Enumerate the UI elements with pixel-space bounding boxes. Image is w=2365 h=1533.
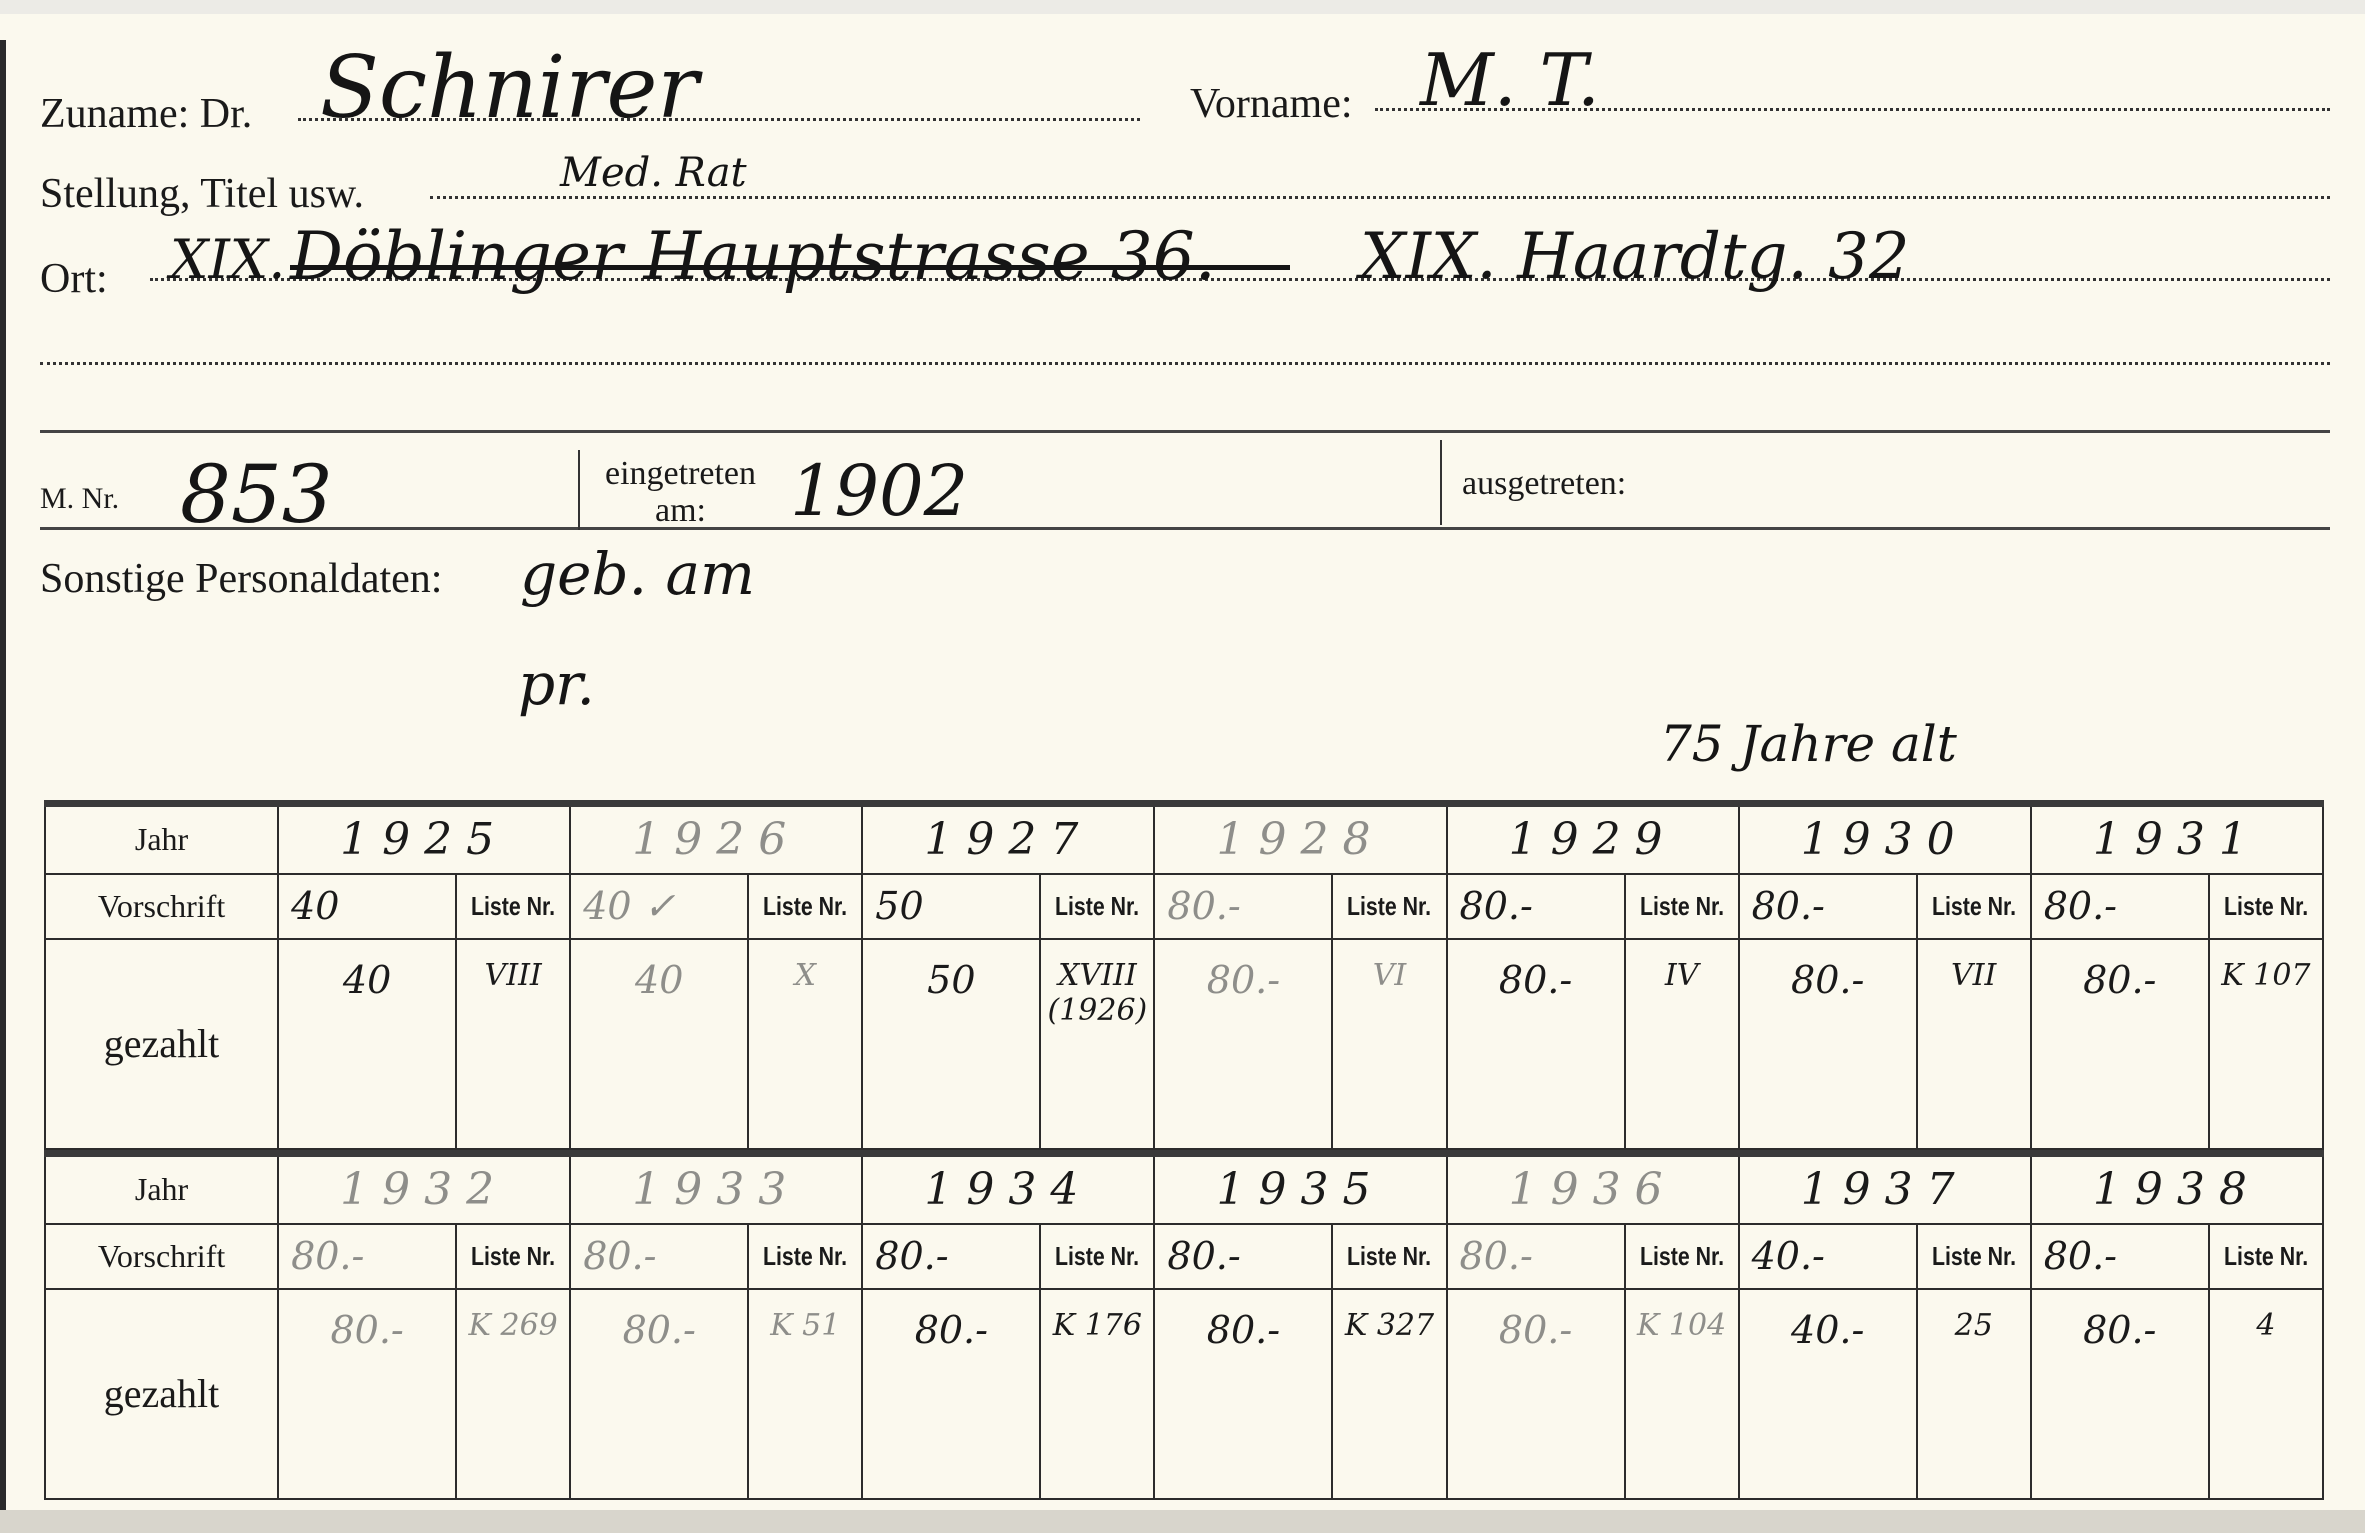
liste-nr-value: VI (1332, 939, 1446, 1149)
year-cell: 1929 (1447, 804, 1739, 874)
liste-nr-value: VII (1917, 939, 2031, 1149)
year-cell: 1930 (1739, 804, 2031, 874)
gezahlt-amount: 40.- (1739, 1289, 1917, 1499)
liste-nr-label: Liste Nr. (2220, 1241, 2312, 1272)
liste-nr-value: K 51 (748, 1289, 862, 1499)
vorschrift-amount: 80.- (2031, 1224, 2209, 1289)
year-cell: 1925 (278, 804, 570, 874)
gezahlt-row: gezahlt 40VIII40X50XVIII (1926)80.-VI80.… (45, 939, 2323, 1149)
jahr-label: Jahr (45, 804, 278, 874)
gezahlt-label: gezahlt (45, 1289, 278, 1499)
zuname-label: Zuname: Dr. (40, 90, 252, 138)
gezahlt-amount: 80.- (862, 1289, 1040, 1499)
card-bottom-edge (0, 1510, 2365, 1533)
year-cell: 1926 (570, 804, 862, 874)
vorname-value: M. T. (1420, 38, 1600, 122)
vorschrift-row: Vorschrift 40Liste Nr.40 ✓Liste Nr.50Lis… (45, 874, 2323, 939)
mnr-top-rule (40, 430, 2330, 433)
liste-nr-header: Liste Nr. (1040, 1224, 1154, 1289)
stellung-value: Med. Rat (560, 150, 747, 196)
liste-nr-label: Liste Nr. (467, 891, 559, 922)
liste-nr-value: K 327 (1332, 1289, 1446, 1499)
liste-nr-label: Liste Nr. (467, 1241, 559, 1272)
year-cell: 1932 (278, 1154, 570, 1224)
liste-nr-label: Liste Nr. (1928, 891, 2020, 922)
gezahlt-amount: 80.- (2031, 939, 2209, 1149)
liste-nr-value: K 107 (2209, 939, 2323, 1149)
year-cell: 1928 (1154, 804, 1446, 874)
sonstige-label: Sonstige Personaldaten: (40, 555, 442, 603)
jahr-row: Jahr 1932193319341935193619371938 (45, 1154, 2323, 1224)
vorschrift-label: Vorschrift (45, 1224, 278, 1289)
vorschrift-amount: 80.- (1154, 1224, 1332, 1289)
liste-nr-header: Liste Nr. (456, 1224, 570, 1289)
gezahlt-amount: 80.- (1154, 939, 1332, 1149)
year-cell: 1938 (2031, 1154, 2323, 1224)
liste-nr-label: Liste Nr. (1636, 1241, 1728, 1272)
mnr-value: 853 (180, 448, 333, 541)
gezahlt-row: gezahlt 80.-K 26980.-K 5180.-K 17680.-K … (45, 1289, 2323, 1499)
gezahlt-amount: 40 (570, 939, 748, 1149)
vorschrift-amount: 80.- (1739, 874, 1917, 939)
year-cell: 1937 (1739, 1154, 2031, 1224)
liste-nr-label: Liste Nr. (1344, 891, 1436, 922)
vorschrift-amount: 40 (278, 874, 456, 939)
liste-nr-label: Liste Nr. (2220, 891, 2312, 922)
liste-nr-header: Liste Nr. (1332, 1224, 1446, 1289)
membership-card: Zuname: Dr. Schnirer Vorname: M. T. Stel… (0, 0, 2365, 1533)
vorschrift-label: Vorschrift (45, 874, 278, 939)
ausgetreten-label: ausgetreten: (1462, 465, 1626, 503)
liste-nr-header: Liste Nr. (2209, 1224, 2323, 1289)
gezahlt-amount: 80.- (570, 1289, 748, 1499)
liste-nr-header: Liste Nr. (1040, 874, 1154, 939)
year-cell: 1927 (862, 804, 1154, 874)
vorschrift-amount: 80.- (278, 1224, 456, 1289)
card-top-edge (0, 0, 2365, 14)
liste-nr-value: 4 (2209, 1289, 2323, 1499)
sonstige-value-line1: geb. am (520, 540, 755, 608)
vorschrift-amount: 80.- (2031, 874, 2209, 939)
liste-nr-header: Liste Nr. (2209, 874, 2323, 939)
vorname-label: Vorname: (1190, 80, 1353, 128)
year-cell: 1933 (570, 1154, 862, 1224)
liste-nr-header: Liste Nr. (1917, 874, 2031, 939)
vorschrift-amount: 40.- (1739, 1224, 1917, 1289)
vorschrift-amount: 80.- (570, 1224, 748, 1289)
liste-nr-label: Liste Nr. (759, 1241, 851, 1272)
eingetreten-label: eingetreten (605, 455, 756, 493)
liste-nr-value: K 269 (456, 1289, 570, 1499)
vorschrift-row: Vorschrift 80.-Liste Nr.80.-Liste Nr.80.… (45, 1224, 2323, 1289)
liste-nr-label: Liste Nr. (1344, 1241, 1436, 1272)
liste-nr-value: X (748, 939, 862, 1149)
gezahlt-amount: 40 (278, 939, 456, 1149)
liste-nr-header: Liste Nr. (1625, 1224, 1739, 1289)
gezahlt-amount: 80.- (1447, 939, 1625, 1149)
vorschrift-amount: 80.- (862, 1224, 1040, 1289)
eingetreten-divider (1440, 440, 1442, 525)
ort-new-address: XIX. Haardtg. 32 (1360, 220, 1910, 294)
gezahlt-amount: 80.- (278, 1289, 456, 1499)
ort-old-address: Döblinger Hauptstrasse 36. (290, 218, 1216, 295)
liste-nr-header: Liste Nr. (1917, 1224, 2031, 1289)
liste-nr-value: 25 (1917, 1289, 2031, 1499)
ort-district: XIX. (170, 228, 285, 291)
year-cell: 1935 (1154, 1154, 1446, 1224)
mnr-label: M. Nr. (40, 482, 119, 516)
liste-nr-value: XVIII (1926) (1040, 939, 1154, 1149)
vorschrift-amount: 80.- (1447, 874, 1625, 939)
gezahlt-amount: 80.- (1739, 939, 1917, 1149)
year-cell: 1931 (2031, 804, 2323, 874)
jahr-row: Jahr 1925192619271928192919301931 (45, 804, 2323, 874)
liste-nr-label: Liste Nr. (1636, 891, 1728, 922)
age-note: 75 Jahre alt (1660, 715, 1957, 773)
liste-nr-header: Liste Nr. (1625, 874, 1739, 939)
jahr-label: Jahr (45, 1154, 278, 1224)
gezahlt-amount: 80.- (2031, 1289, 2209, 1499)
gezahlt-amount: 80.- (1154, 1289, 1332, 1499)
liste-nr-label: Liste Nr. (1051, 1241, 1143, 1272)
gezahlt-amount: 50 (862, 939, 1040, 1149)
vorschrift-amount: 50 (862, 874, 1040, 939)
vorschrift-amount: 40 ✓ (570, 874, 748, 939)
zuname-value: Schnirer (320, 38, 698, 138)
mnr-divider (578, 450, 580, 530)
liste-nr-header: Liste Nr. (748, 874, 862, 939)
liste-nr-label: Liste Nr. (1051, 891, 1143, 922)
liste-nr-value: K 176 (1040, 1289, 1154, 1499)
extra-line (40, 362, 2330, 365)
liste-nr-value: VIII (456, 939, 570, 1149)
ort-label: Ort: (40, 255, 108, 303)
liste-nr-header: Liste Nr. (456, 874, 570, 939)
liste-nr-header: Liste Nr. (748, 1224, 862, 1289)
liste-nr-label: Liste Nr. (759, 891, 851, 922)
liste-nr-header: Liste Nr. (1332, 874, 1446, 939)
mnr-bottom-rule (40, 527, 2330, 530)
stellung-label: Stellung, Titel usw. (40, 170, 364, 218)
year-cell: 1934 (862, 1154, 1154, 1224)
payment-table-1932-1938: Jahr 1932193319341935193619371938 Vorsch… (44, 1150, 2324, 1500)
vorschrift-amount: 80.- (1154, 874, 1332, 939)
eingetreten-am-label: am: (655, 492, 706, 530)
liste-nr-value: IV (1625, 939, 1739, 1149)
card-left-edge (0, 40, 6, 1510)
year-cell: 1936 (1447, 1154, 1739, 1224)
ort-strikethrough (290, 265, 1290, 270)
liste-nr-label: Liste Nr. (1928, 1241, 2020, 1272)
stellung-line (430, 196, 2330, 199)
gezahlt-label: gezahlt (45, 939, 278, 1149)
vorschrift-amount: 80.- (1447, 1224, 1625, 1289)
payment-table-1925-1931: Jahr 1925192619271928192919301931 Vorsch… (44, 800, 2324, 1150)
gezahlt-amount: 80.- (1447, 1289, 1625, 1499)
liste-nr-value: K 104 (1625, 1289, 1739, 1499)
eingetreten-value: 1902 (790, 450, 968, 532)
sonstige-value-line2: pr. (518, 650, 595, 718)
